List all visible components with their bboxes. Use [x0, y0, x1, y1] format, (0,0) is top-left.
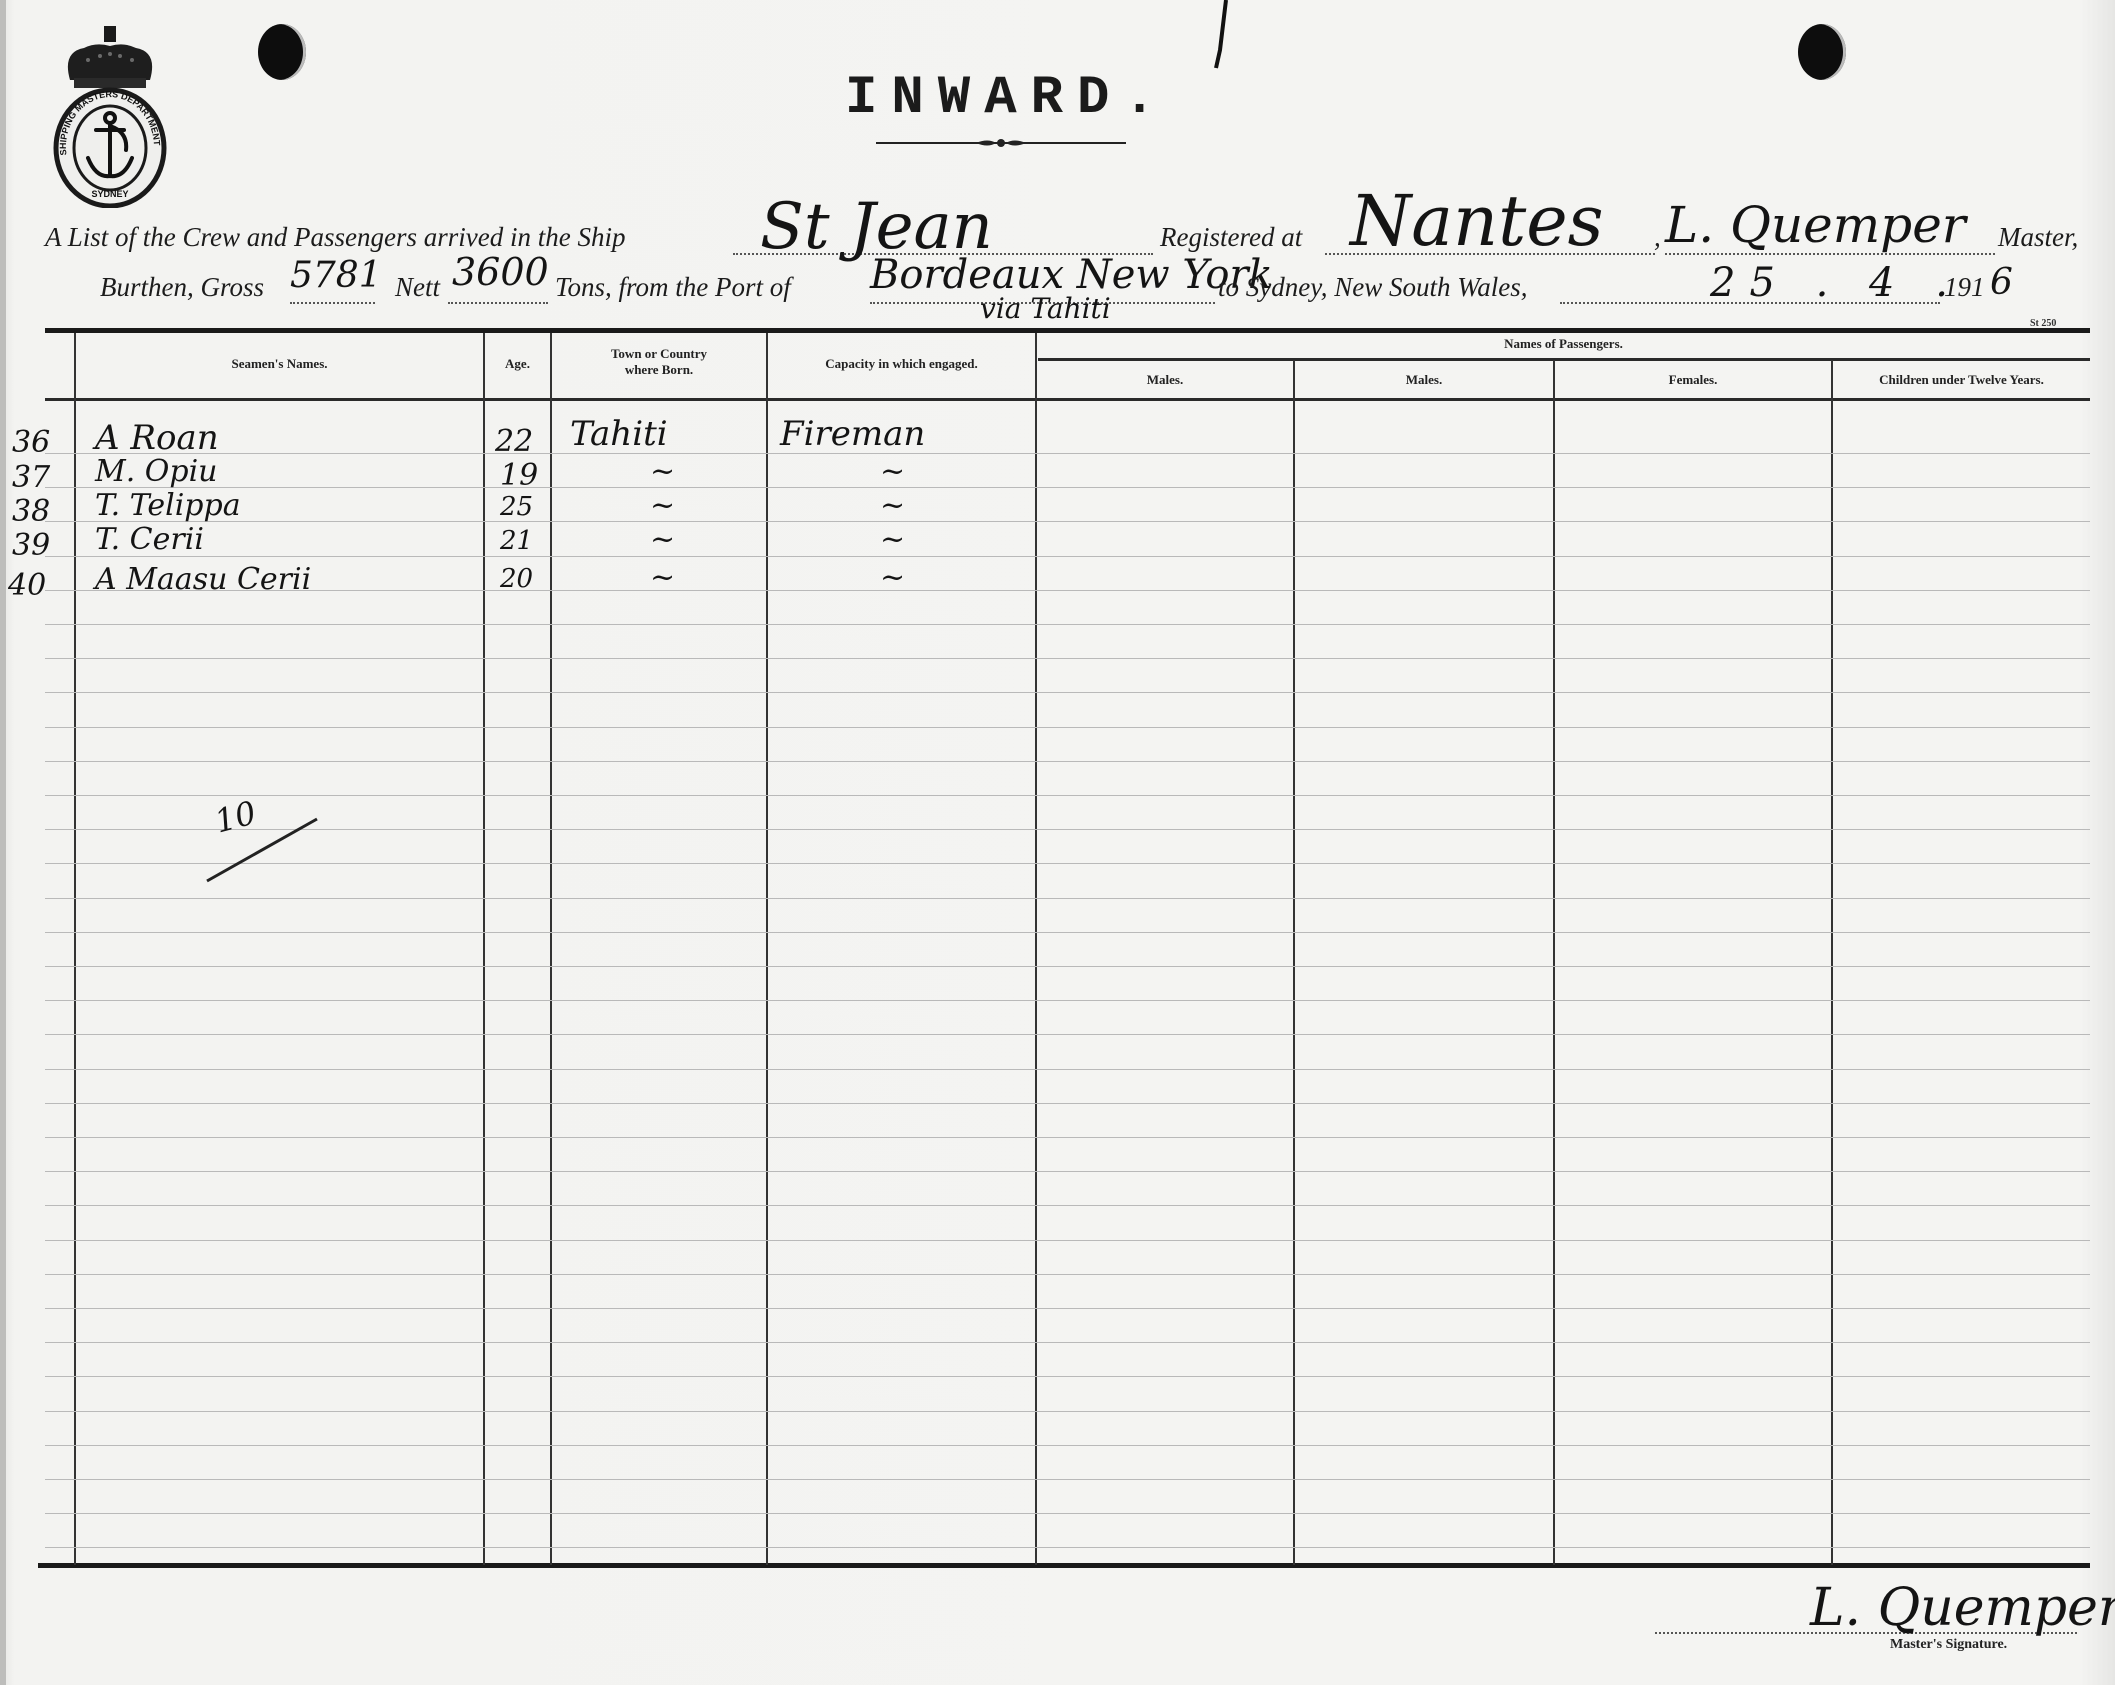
- seaman-name: M. Opiu: [95, 454, 218, 489]
- ruled-line: [45, 795, 2090, 796]
- gross-tonnage-value: 5781: [290, 255, 382, 296]
- seaman-age: 21: [500, 526, 533, 556]
- ditto-born: ~: [650, 454, 675, 489]
- col-divider-name-age: [483, 333, 485, 1565]
- ditto-capacity: ~: [880, 488, 905, 523]
- seaman-age: 25: [500, 492, 533, 522]
- ruled-line: [45, 521, 2090, 522]
- ruled-line: [45, 1308, 2090, 1309]
- ruled-line: [45, 727, 2090, 728]
- row-number: 37: [12, 460, 50, 495]
- header-males-1: Males.: [1037, 372, 1293, 388]
- ruled-line: [45, 1547, 2090, 1548]
- ruled-line: [45, 487, 2090, 488]
- seaman-age: 20: [500, 564, 533, 594]
- page-edge: [0, 0, 6, 1685]
- row-number: 38: [12, 494, 50, 529]
- registered-port-value: Nantes: [1350, 180, 1604, 262]
- ruled-line: [45, 1000, 2090, 1001]
- ruled-line: [45, 1103, 2090, 1104]
- crew-list-label: A List of the Crew and Passengers arrive…: [45, 222, 626, 253]
- nett-tonnage-value: 3600: [452, 250, 549, 294]
- seaman-name: T. Cerii: [95, 522, 204, 557]
- ruled-line: [45, 932, 2090, 933]
- col-divider-left: [74, 333, 76, 1565]
- tally-stroke: [205, 815, 325, 885]
- row-number: 36: [12, 425, 50, 460]
- registered-at-label: Registered at: [1160, 222, 1302, 253]
- ruled-line: [45, 863, 2090, 864]
- punch-hole-right: [1798, 24, 1846, 80]
- ruled-line: [45, 966, 2090, 967]
- header-age: Age.: [485, 356, 550, 372]
- to-sydney-label: to Sydney, New South Wales,: [1218, 272, 1527, 303]
- table-bottom-rule: [38, 1563, 2090, 1568]
- col-divider-females-children: [1831, 360, 1833, 1565]
- ruled-line: [45, 1445, 2090, 1446]
- seaman-name: A Maasu Cerii: [95, 562, 311, 597]
- seaman-name: T. Telippa: [95, 488, 241, 523]
- ruled-line: [45, 1411, 2090, 1412]
- ruled-line: [45, 1479, 2090, 1480]
- ruled-line: [45, 556, 2090, 557]
- ruled-line: [45, 1069, 2090, 1070]
- punch-hole-left: [258, 24, 306, 80]
- seaman-born: Tahiti: [570, 414, 668, 454]
- shipping-master-crest-icon: SHIPPING MASTERS DEPARTMENT SYDNEY: [48, 22, 172, 208]
- document-title: INWARD.: [845, 68, 1170, 129]
- col-divider-males-females: [1553, 360, 1555, 1565]
- ruled-line: [45, 624, 2090, 625]
- header-children: Children under Twelve Years.: [1833, 372, 2090, 388]
- master-signature: L. Quemper: [1810, 1578, 2115, 1638]
- table-header-bottom-rule: [45, 398, 2090, 401]
- svg-text:SYDNEY: SYDNEY: [91, 189, 128, 199]
- burthen-gross-label: Burthen, Gross: [100, 272, 264, 303]
- ruled-line: [45, 1240, 2090, 1241]
- nett-label: Nett: [395, 272, 440, 303]
- row-number: 40: [8, 568, 46, 603]
- header-males-2: Males.: [1295, 372, 1553, 388]
- ruled-line: [45, 1205, 2090, 1206]
- signature-label: Master's Signature.: [1890, 1637, 2007, 1653]
- ditto-capacity: ~: [880, 560, 905, 595]
- seaman-age: 19: [500, 458, 538, 493]
- year-suffix-value: 6: [1990, 262, 2013, 303]
- ditto-capacity: ~: [880, 522, 905, 557]
- ruled-line: [45, 898, 2090, 899]
- year-prefix: 191: [1944, 272, 1985, 303]
- seaman-age: 22: [495, 424, 533, 459]
- passenger-group-rule: [1038, 358, 2090, 361]
- ruled-line: [45, 1137, 2090, 1138]
- gross-field-line: [290, 302, 375, 304]
- ruled-line: [45, 1376, 2090, 1377]
- ruled-line: [45, 1274, 2090, 1275]
- ditto-born: ~: [650, 522, 675, 557]
- master-label: Master,: [1998, 222, 2078, 253]
- ruled-line: [45, 692, 2090, 693]
- nett-field-line: [448, 302, 548, 304]
- title-ornament: [876, 136, 1126, 150]
- seaman-name: A Roan: [95, 418, 219, 458]
- row-number: 39: [12, 528, 50, 563]
- ruled-line: [45, 1034, 2090, 1035]
- ditto-born: ~: [650, 488, 675, 523]
- col-divider-born-capacity: [766, 333, 768, 1565]
- ditto-capacity: ~: [880, 454, 905, 489]
- header-passengers-group: Names of Passengers.: [1037, 336, 2090, 352]
- header-females: Females.: [1555, 372, 1831, 388]
- ruled-line: [45, 1171, 2090, 1172]
- ruled-line: [45, 453, 2090, 454]
- master-name-value: L. Quemper: [1665, 196, 1966, 254]
- col-divider-age-born: [550, 333, 552, 1565]
- ruled-line: [45, 829, 2090, 830]
- header-born: Town or Country where Born.: [600, 346, 718, 378]
- table-top-rule: [45, 328, 2090, 333]
- col-divider-males-males: [1293, 360, 1295, 1565]
- port-via-value: via Tahiti: [980, 292, 1111, 325]
- seaman-capacity: Fireman: [780, 414, 925, 454]
- tons-from-port-label: Tons, from the Port of: [555, 272, 791, 303]
- col-divider-capacity-passengers: [1035, 333, 1037, 1565]
- ruled-line: [45, 761, 2090, 762]
- arrival-date-value: 25 . 4 .: [1710, 260, 1962, 306]
- ditto-born: ~: [650, 560, 675, 595]
- top-pen-mark: [1210, 0, 1230, 72]
- ruled-line: [45, 590, 2090, 591]
- ruled-line: [45, 1513, 2090, 1514]
- ruled-line: [45, 1342, 2090, 1343]
- header-capacity: Capacity in which engaged.: [768, 356, 1035, 372]
- header-seamen-names: Seamen's Names.: [76, 356, 483, 372]
- comma: ,: [1654, 222, 1661, 253]
- ruled-line: [45, 658, 2090, 659]
